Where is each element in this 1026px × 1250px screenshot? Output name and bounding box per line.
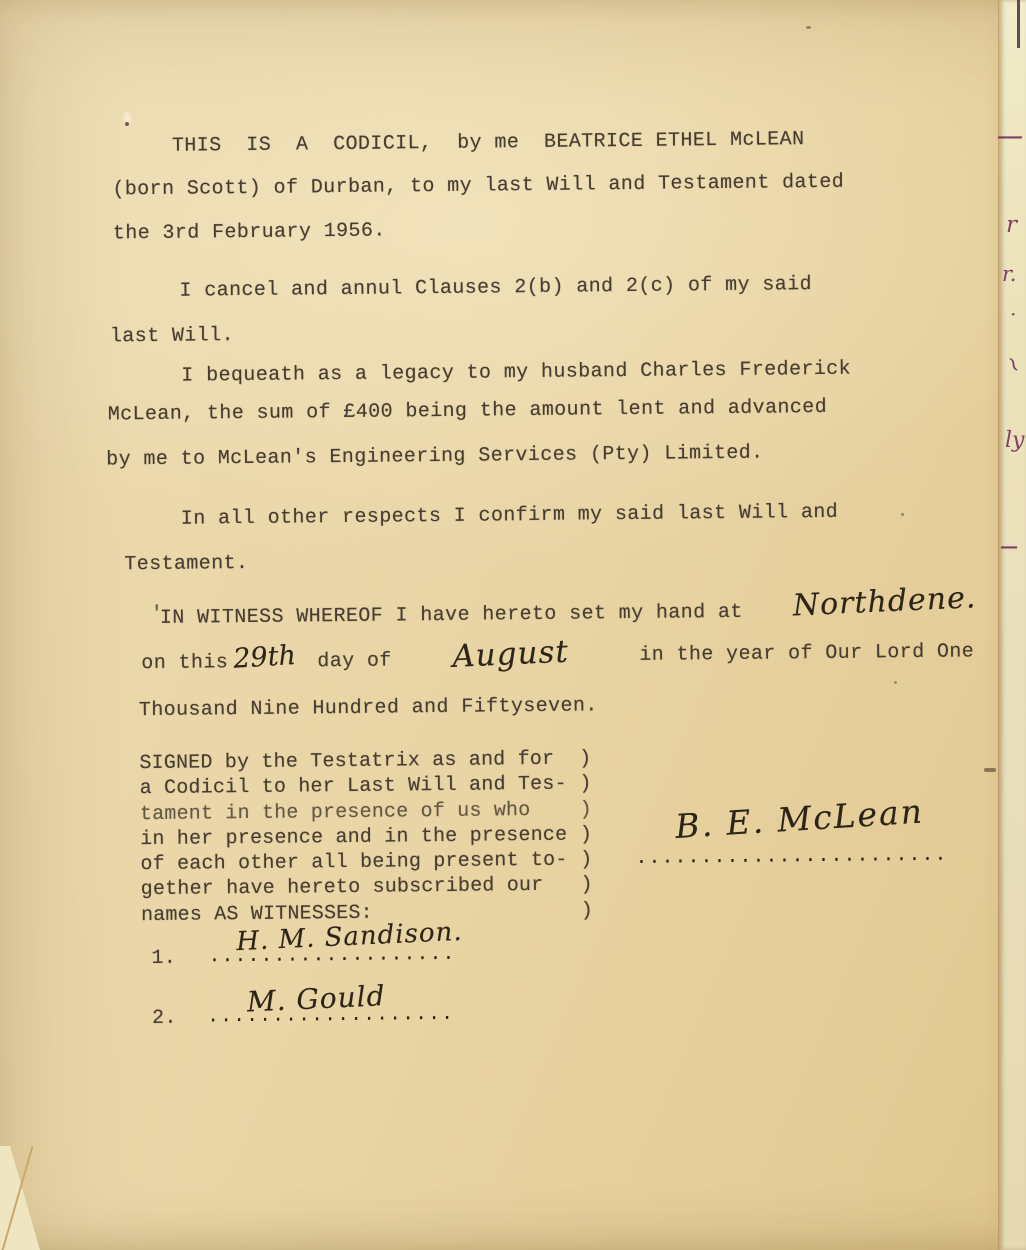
signature-dotted-line: ........................: [635, 844, 947, 870]
paper-speck: [894, 681, 897, 684]
bracket: ): [581, 899, 593, 924]
bracket: ): [579, 747, 591, 772]
typed-line: by me to McLean's Engineering Services (…: [106, 443, 764, 472]
paper-speck: [806, 26, 811, 29]
typed-line: the 3rd February 1956.: [113, 221, 386, 246]
witness-signature-2: M. Gould: [246, 979, 386, 1018]
typed-line: I cancel and annul Clauses 2(b) and 2(c)…: [179, 274, 812, 303]
paper-speck: [901, 513, 904, 516]
adjacent-page-ink-mark: —: [1000, 536, 1018, 557]
typed-line: IN WITNESS WHEREOF I have hereto set my …: [160, 602, 743, 630]
document-content: THIS IS A CODICIL, by me BEATRICE ETHEL …: [0, 0, 1026, 1250]
handwritten-place: Northdene.: [792, 580, 977, 623]
testatrix-signature: B. E. McLean: [674, 791, 925, 846]
typed-line: THIS IS A CODICIL, by me BEATRICE ETHEL …: [172, 129, 805, 158]
typed-line: In all other respects I confirm my said …: [181, 502, 839, 531]
adjacent-page-ink-mark: r.: [1002, 262, 1016, 286]
witness-number: 2.: [152, 1008, 177, 1030]
bracket: ): [580, 798, 592, 823]
typed-line: (born Scott) of Durban, to my last Will …: [112, 172, 844, 202]
scanned-codicil-page: THIS IS A CODICIL, by me BEATRICE ETHEL …: [0, 0, 1026, 1250]
typed-line: last Will.: [110, 325, 234, 348]
bracket: ): [580, 874, 592, 899]
typed-line: Thousand Nine Hundred and Fiftyseven.: [139, 695, 598, 722]
adjacent-page-ink-mark: ly: [1005, 428, 1024, 453]
typed-line: in the year of Our Lord One: [639, 641, 974, 667]
typed-line: I bequeath as a legacy to my husband Cha…: [181, 359, 851, 388]
bracket: ): [580, 849, 592, 874]
handwritten-month: August: [452, 634, 570, 675]
attestation-line: tament in the presence of us who): [140, 798, 592, 828]
attestation-clause: SIGNED by the Testatrix as and for) a Co…: [139, 747, 593, 929]
attestation-text: gether have hereto subscribed our: [141, 874, 544, 904]
witness-number: 1.: [151, 948, 176, 970]
typed-line: day of: [317, 650, 392, 673]
adjacent-page-ink-mark: —: [997, 126, 1024, 147]
typed-line: McLean, the sum of £400 being the amount…: [108, 397, 828, 427]
adjacent-page-ink-mark: ·: [1010, 302, 1016, 326]
attestation-text: tament in the presence of us who: [140, 799, 531, 828]
bracket: ): [580, 823, 592, 848]
attestation-line: gether have hereto subscribed our): [141, 874, 593, 904]
adjacent-page-ink-mark: r: [1006, 212, 1017, 238]
adjacent-page-edge-line: [1017, 0, 1020, 48]
handwritten-day: 29th: [232, 640, 296, 675]
typed-line: Testament.: [124, 553, 248, 576]
adjacent-page-strip: [999, 0, 1026, 1250]
edge-smudge: [984, 768, 996, 772]
bracket: ): [579, 773, 591, 798]
typed-line: on this: [141, 652, 228, 675]
